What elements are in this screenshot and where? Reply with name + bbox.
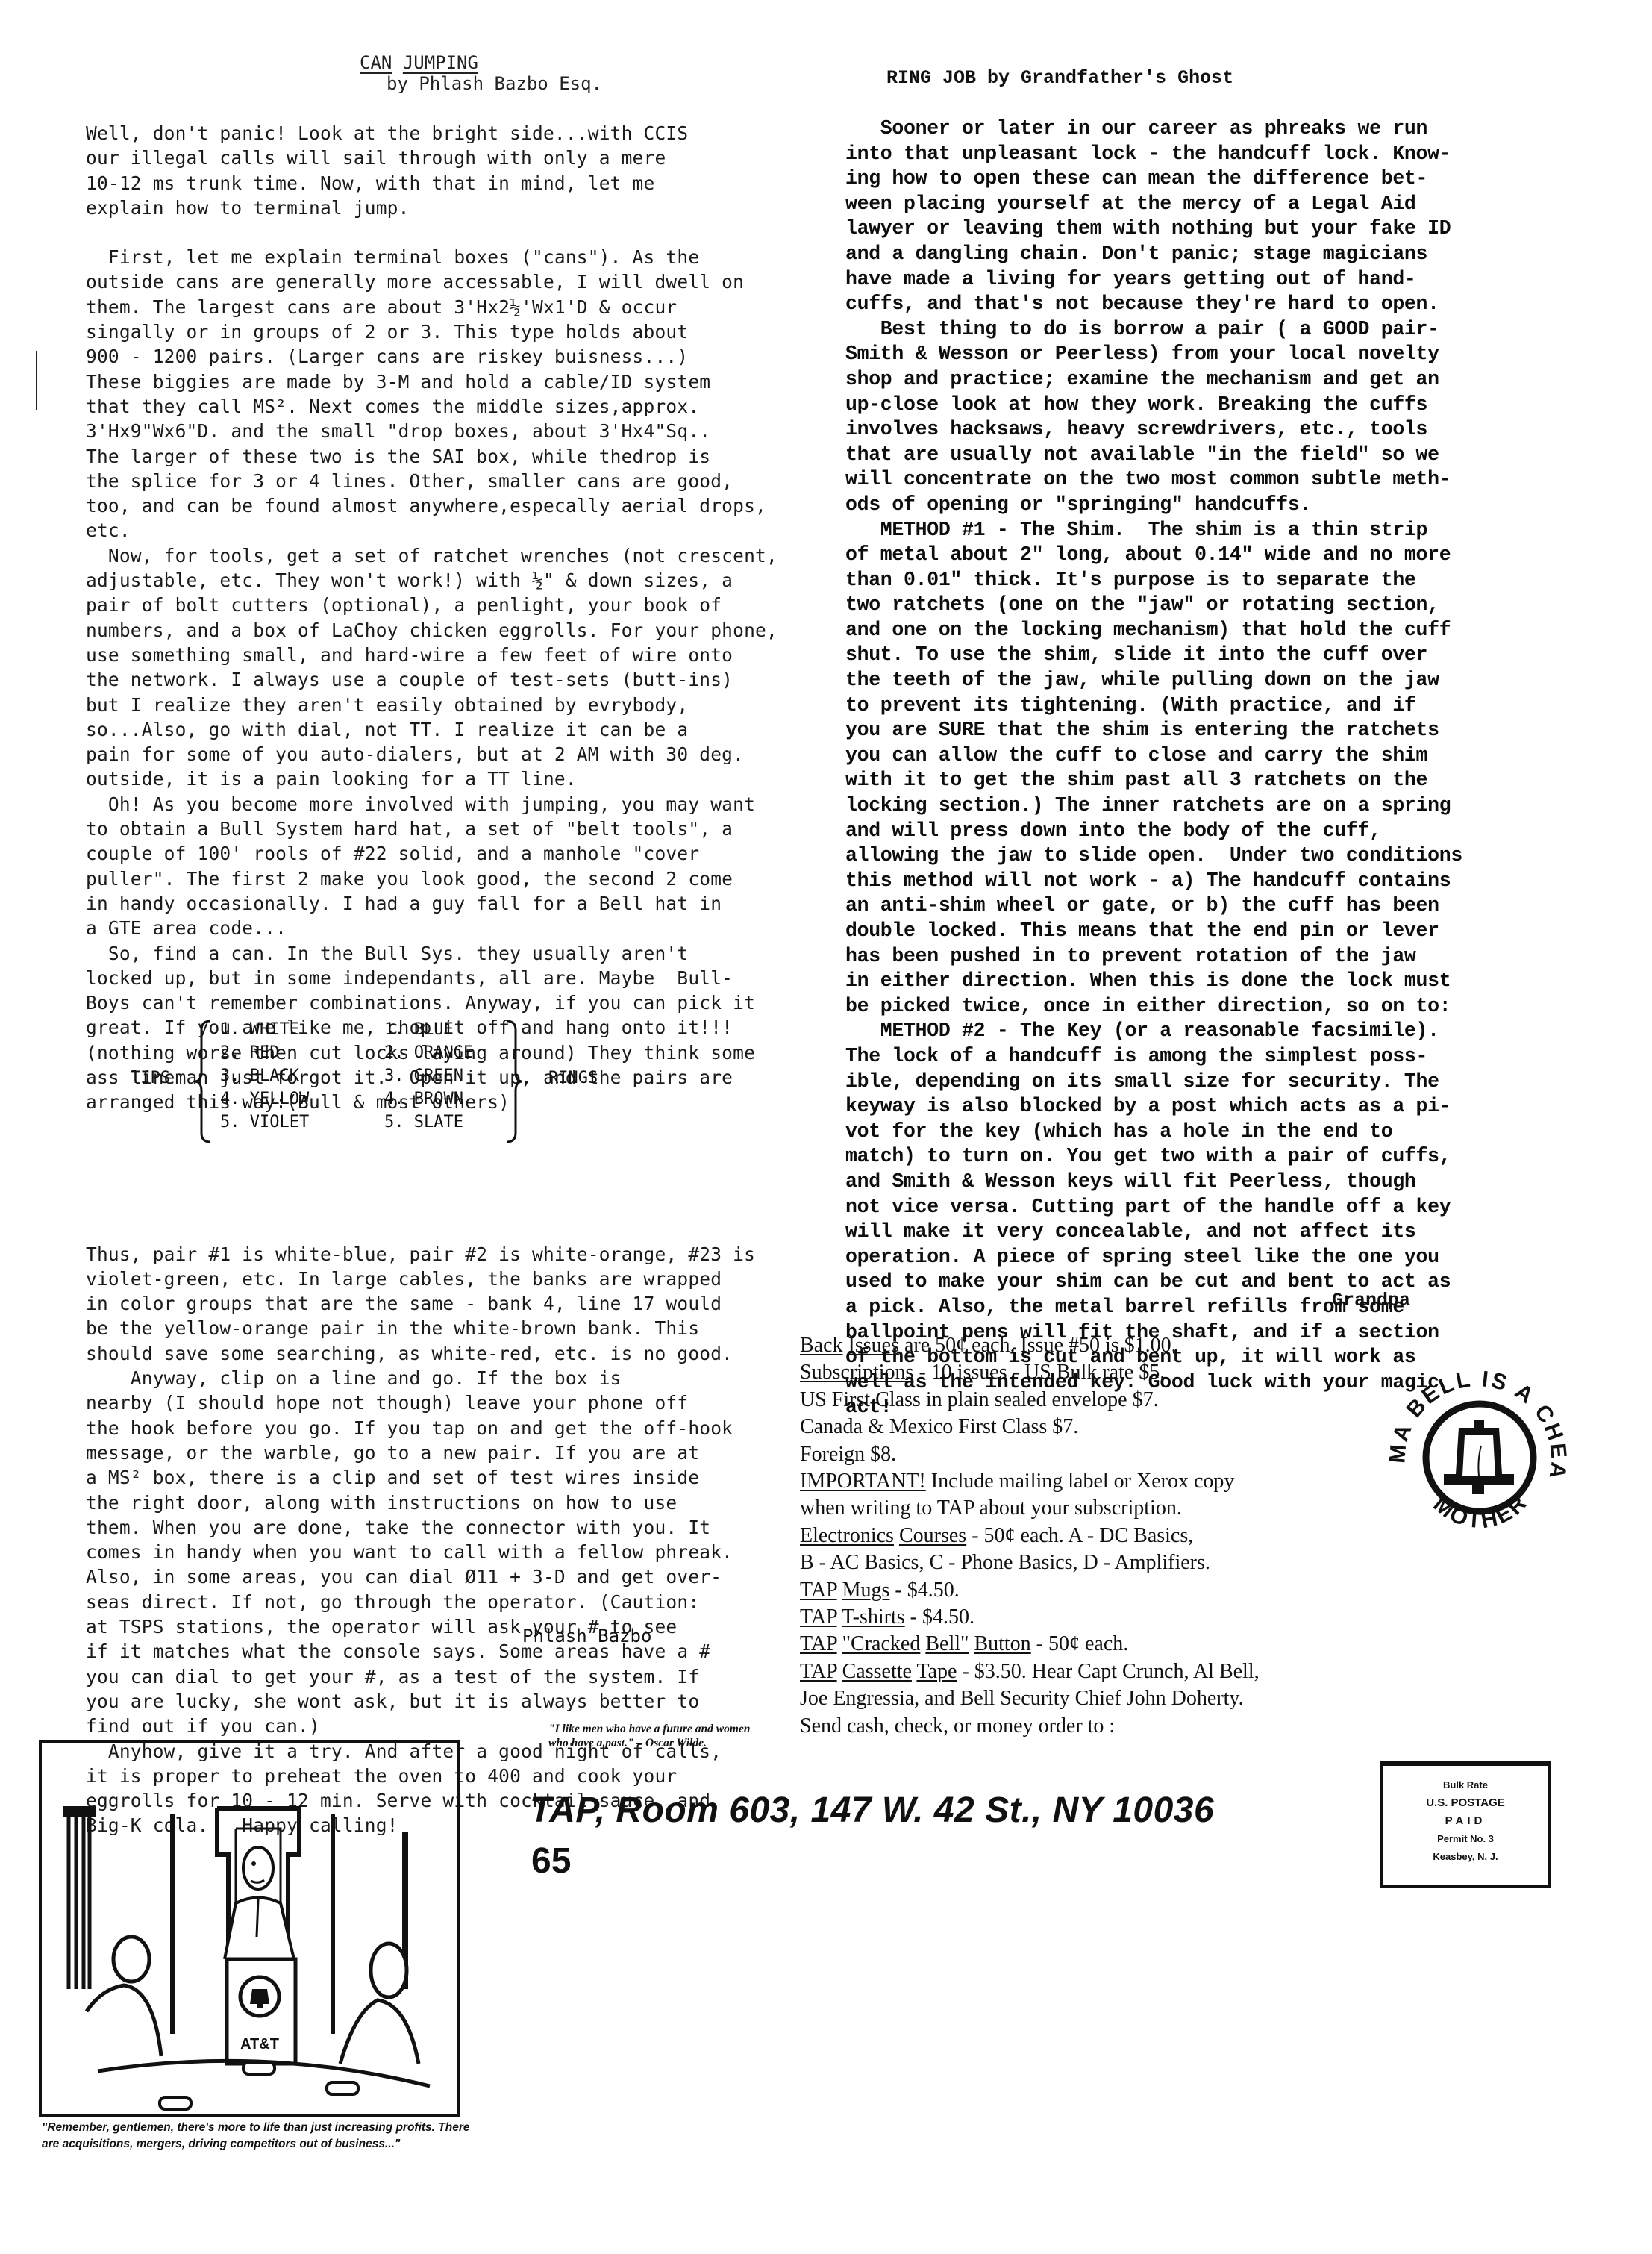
rings-item: 1. BLUE bbox=[384, 1018, 473, 1041]
text-line: adjustable, etc. They won't work!) with … bbox=[86, 568, 802, 593]
rings-item: 3. GREEN bbox=[384, 1064, 473, 1087]
subscription-row: Send cash, check, or money order to : bbox=[800, 1713, 1382, 1740]
subscription-row: Back Issues are 50¢ each. Issue #50 is $… bbox=[800, 1332, 1382, 1359]
text-line: a MS² box, there is a clip and set of te… bbox=[86, 1465, 802, 1490]
oscar-wilde-quote: "I like men who have a future and women … bbox=[548, 1723, 765, 1750]
tips-item: 5. VIOLET bbox=[220, 1111, 309, 1134]
text-line: the right door, along with instructions … bbox=[86, 1490, 802, 1515]
text-line: cuffs, and that's not because they're ha… bbox=[845, 292, 1606, 317]
text-line: ods of opening or "springing" handcuffs. bbox=[845, 493, 1606, 518]
postage-indicia: Bulk Rate U.S. POSTAGE PAID Permit No. 3… bbox=[1380, 1761, 1551, 1888]
text-line: of metal about 2" long, about 0.14" wide… bbox=[845, 543, 1606, 568]
subscription-row: when writing to TAP about your subscript… bbox=[800, 1495, 1382, 1522]
title-word: CAN bbox=[360, 52, 392, 73]
rings-item: 5. SLATE bbox=[384, 1111, 473, 1134]
tips-list: 1. WHITE2. RED3. BLACK4. YELLOW5. VIOLET bbox=[220, 1018, 309, 1134]
text-line: in handy occasionally. I had a guy fall … bbox=[86, 891, 802, 916]
text-line: double locked. This means that the end p… bbox=[845, 919, 1606, 944]
underlined-term: IMPORTANT! bbox=[800, 1470, 926, 1493]
text-line: be the yellow-orange pair in the white-b… bbox=[86, 1316, 802, 1340]
text-line: puller". The first 2 make you look good,… bbox=[86, 867, 802, 891]
text-line: should save some searching, as white-red… bbox=[86, 1341, 802, 1366]
text-line: Anyway, clip on a line and go. If the bo… bbox=[86, 1366, 802, 1390]
text-line: The larger of these two is the SAI box, … bbox=[86, 444, 802, 469]
text-line: shop and practice; examine the mechanism… bbox=[845, 367, 1606, 393]
text-line: METHOD #2 - The Key (or a reasonable fac… bbox=[845, 1019, 1606, 1044]
text-line: seas direct. If not, go through the oper… bbox=[86, 1590, 802, 1614]
text-line: Best thing to do is borrow a pair ( a GO… bbox=[845, 317, 1606, 343]
text-line: pain for some of you auto-dialers, but a… bbox=[86, 742, 802, 767]
text-line: outside cans are generally more accessab… bbox=[86, 269, 802, 294]
text-line: Also, in some areas, you can dial Ø11 + … bbox=[86, 1564, 802, 1589]
right-article-title: RING JOB by Grandfather's Ghost bbox=[886, 67, 1233, 89]
text-line: be picked twice, once in either directio… bbox=[845, 994, 1606, 1020]
rings-item: 4. BROWN bbox=[384, 1087, 473, 1111]
subscription-row: TAP T-shirts - $4.50. bbox=[800, 1604, 1382, 1631]
text-line: that are usually not available "in the f… bbox=[845, 443, 1606, 468]
pair-color-table: TIPS 1. WHITE2. RED3. BLACK4. YELLOW5. V… bbox=[131, 1018, 668, 1145]
text-line: up-close look at how they work. Breaking… bbox=[845, 393, 1606, 418]
subscription-row: Electronics Courses - 50¢ each. A - DC B… bbox=[800, 1523, 1382, 1549]
text-line: match) to turn on. You get two with a pa… bbox=[845, 1144, 1606, 1170]
subscription-row: B - AC Basics, C - Phone Basics, D - Amp… bbox=[800, 1549, 1382, 1576]
text-line: with it to get the shim past all 3 ratch… bbox=[845, 768, 1606, 793]
text-line: and a dangling chain. Don't panic; stage… bbox=[845, 242, 1606, 267]
subscription-text: B - AC Basics, C - Phone Basics, D - Amp… bbox=[800, 1551, 1210, 1574]
subscription-text: - 10 issues - US Bulk rate $5. bbox=[913, 1361, 1165, 1384]
underlined-term: Courses bbox=[899, 1524, 966, 1547]
text-line: you are SURE that the shim is entering t… bbox=[845, 718, 1606, 743]
text-line: locking section.) The inner ratchets are… bbox=[845, 793, 1606, 819]
text-line: so...Also, go with dial, not TT. I reali… bbox=[86, 717, 802, 742]
mailing-address: TAP, Room 603, 147 W. 42 St., NY 10036 bbox=[530, 1790, 1214, 1831]
text-line: lawyer or leaving them with nothing but … bbox=[845, 216, 1606, 242]
tips-item: 1. WHITE bbox=[220, 1018, 309, 1041]
underlined-term: T-shirts bbox=[842, 1605, 905, 1629]
subscription-row: Joe Engressia, and Bell Security Chief J… bbox=[800, 1685, 1382, 1712]
text-line: 900 - 1200 pairs. (Larger cans are riske… bbox=[86, 344, 802, 369]
text-line: into that unpleasant lock - the handcuff… bbox=[845, 142, 1606, 167]
text-line: the teeth of the jaw, while pulling down… bbox=[845, 668, 1606, 693]
text-line: Well, don't panic! Look at the bright si… bbox=[86, 121, 802, 146]
text-line: singally or in groups of 2 or 3. This ty… bbox=[86, 319, 802, 344]
text-line: Smith & Wesson or Peerless) from your lo… bbox=[845, 342, 1606, 367]
text-line: Oh! As you become more involved with jum… bbox=[86, 792, 802, 817]
bell-icon bbox=[1444, 1420, 1514, 1494]
left-brace-icon bbox=[194, 1018, 213, 1145]
subscription-text: Send cash, check, or money order to : bbox=[800, 1714, 1115, 1738]
issue-number: 65 bbox=[531, 1841, 571, 1882]
text-line: allowing the jaw to slide open. Under tw… bbox=[845, 843, 1606, 869]
text-line: ing how to open these can mean the diffe… bbox=[845, 166, 1606, 192]
underlined-term: Electronics bbox=[800, 1524, 894, 1547]
text-line: and one on the locking mechanism) that h… bbox=[845, 618, 1606, 643]
text-line: ible, depending on its small size for se… bbox=[845, 1070, 1606, 1095]
text-line: violet-green, etc. In large cables, the … bbox=[86, 1267, 802, 1291]
tips-item: 2. RED bbox=[220, 1041, 309, 1064]
underlined-term: Issues bbox=[848, 1334, 899, 1357]
text-line: them. The largest cans are about 3'Hx2½'… bbox=[86, 295, 802, 319]
text-line: keyway is also blocked by a post which a… bbox=[845, 1094, 1606, 1120]
title-word: JUMPING bbox=[403, 52, 478, 73]
text-line: not vice versa. Cutting part of the hand… bbox=[845, 1195, 1606, 1220]
text-line: 3'Hx9"Wx6"D. and the small "drop boxes, … bbox=[86, 419, 802, 443]
text-line: in color groups that are the same - bank… bbox=[86, 1291, 802, 1316]
text-line: explain how to terminal jump. bbox=[86, 196, 802, 220]
text-line: will make it very concealable, and not a… bbox=[845, 1220, 1606, 1245]
text-line: a pick. Also, the metal barrel refills f… bbox=[845, 1295, 1606, 1320]
left-paragraph-main: First, let me explain terminal boxes ("c… bbox=[86, 245, 802, 1114]
text-line: this method will not work - a) The handc… bbox=[845, 869, 1606, 894]
podium-label: AT&T bbox=[240, 2036, 279, 2052]
underlined-term: Mugs bbox=[842, 1579, 890, 1602]
right-brace-icon bbox=[504, 1018, 523, 1145]
text-line: to prevent its tightening. (With practic… bbox=[845, 693, 1606, 719]
text-line: the hook before you go. If you tap on an… bbox=[86, 1416, 802, 1440]
subscription-row: TAP "Cracked Bell" Button - 50¢ each. bbox=[800, 1631, 1382, 1658]
subscription-text: Foreign $8. bbox=[800, 1443, 896, 1466]
text-line: you are lucky, she wont ask, but it is a… bbox=[86, 1689, 802, 1714]
underlined-term: Tape bbox=[916, 1660, 957, 1683]
att-cartoon: AT&T bbox=[39, 1740, 460, 2117]
underlined-term: Bell" bbox=[925, 1632, 969, 1655]
ma-bell-logo: MA BELL IS A CHEAP MOTHER bbox=[1384, 1362, 1571, 1549]
postage-line: U.S. POSTAGE bbox=[1383, 1797, 1548, 1809]
text-line: to obtain a Bull System hard hat, a set … bbox=[86, 817, 802, 841]
subscription-text: Joe Engressia, and Bell Security Chief J… bbox=[800, 1687, 1244, 1710]
text-line: that they call MS². Next comes the middl… bbox=[86, 394, 802, 419]
subscription-row: Foreign $8. bbox=[800, 1441, 1382, 1468]
subscription-text: Include mailing label or Xerox copy bbox=[926, 1470, 1235, 1493]
text-line: use something small, and hard-wire a few… bbox=[86, 643, 802, 667]
text-line: METHOD #1 - The Shim. The shim is a thin… bbox=[845, 518, 1606, 543]
underlined-term: Button bbox=[974, 1632, 1030, 1655]
text-line: a GTE area code... bbox=[86, 916, 802, 940]
postage-line: Permit No. 3 bbox=[1383, 1833, 1548, 1845]
text-line: you can dial to get your #, as a test of… bbox=[86, 1664, 802, 1689]
text-line: 10-12 ms trunk time. Now, with that in m… bbox=[86, 171, 802, 196]
text-line: comes in handy when you want to call wit… bbox=[86, 1540, 802, 1564]
subscription-text: when writing to TAP about your subscript… bbox=[800, 1496, 1182, 1520]
underlined-term: Cassette bbox=[842, 1660, 912, 1683]
subscription-row: IMPORTANT! Include mailing label or Xero… bbox=[800, 1468, 1382, 1495]
left-paragraph-intro: Well, don't panic! Look at the bright si… bbox=[86, 121, 802, 220]
text-line: and will press down into the body of the… bbox=[845, 819, 1606, 844]
left-article-body: Well, don't panic! Look at the bright si… bbox=[86, 121, 802, 1838]
text-line: have made a living for years getting out… bbox=[845, 267, 1606, 293]
text-line: will concentrate on the two most common … bbox=[845, 467, 1606, 493]
cartoon-caption: "Remember, gentlemen, there's more to li… bbox=[42, 2120, 475, 2152]
tips-item: 4. YELLOW bbox=[220, 1087, 309, 1111]
text-line: two ratchets (one on the "jaw" or rotati… bbox=[845, 593, 1606, 618]
text-line: The lock of a handcuff is among the simp… bbox=[845, 1044, 1606, 1070]
underlined-term: Subscriptions bbox=[800, 1361, 913, 1384]
subscription-info: Back Issues are 50¢ each. Issue #50 is $… bbox=[800, 1332, 1382, 1740]
text-line: etc. bbox=[86, 518, 802, 543]
text-line: the network. I always use a couple of te… bbox=[86, 667, 802, 692]
subscription-row: US First Class in plain sealed envelope … bbox=[800, 1387, 1382, 1414]
subscription-text: - 50¢ each. bbox=[1031, 1632, 1129, 1655]
subscription-text: - 50¢ each. A - DC Basics, bbox=[966, 1524, 1193, 1547]
underlined-term: Back bbox=[800, 1334, 843, 1357]
text-line: than 0.01" thick. It's purpose is to sep… bbox=[845, 568, 1606, 593]
subscription-text: Canada & Mexico First Class $7. bbox=[800, 1415, 1078, 1438]
text-line: pair of bolt cutters (optional), a penli… bbox=[86, 593, 802, 617]
text-line: outside, it is a pain looking for a TT l… bbox=[86, 767, 802, 791]
text-line: message, or the warble, go to a new pair… bbox=[86, 1440, 802, 1465]
left-article-title: CAN JUMPING bbox=[360, 52, 478, 73]
text-line: Sooner or later in our career as phreaks… bbox=[845, 116, 1606, 142]
text-line: shut. To use the shim, slide it into the… bbox=[845, 643, 1606, 668]
postage-line: PAID bbox=[1383, 1815, 1548, 1827]
subscription-text: - $4.50. bbox=[889, 1579, 959, 1602]
cartoon-drawing: AT&T bbox=[42, 1743, 457, 2114]
text-line: Boys can't remember combinations. Anyway… bbox=[86, 990, 802, 1015]
rings-item: 2. ORANGE bbox=[384, 1041, 473, 1064]
left-article-byline: by Phlash Bazbo Esq. bbox=[387, 73, 602, 94]
text-line: numbers, and a box of LaChoy chicken egg… bbox=[86, 618, 802, 643]
text-line: in either direction. When this is done t… bbox=[845, 969, 1606, 994]
text-line: the splice for 3 or 4 lines. Other, smal… bbox=[86, 469, 802, 493]
text-line: if it matches what the console says. Som… bbox=[86, 1639, 802, 1664]
tips-label: TIPS bbox=[131, 1069, 170, 1087]
subscription-text: - $4.50. bbox=[905, 1605, 974, 1629]
postage-line: Keasbey, N. J. bbox=[1383, 1851, 1548, 1863]
rings-list: 1. BLUE2. ORANGE3. GREEN4. BROWN5. SLATE bbox=[384, 1018, 473, 1134]
text-line: used to make your shim can be cut and be… bbox=[845, 1270, 1606, 1295]
subscription-text: - $3.50. Hear Capt Crunch, Al Bell, bbox=[957, 1660, 1259, 1683]
text-line: at TSPS stations, the operator will ask … bbox=[86, 1614, 802, 1639]
underlined-term: TAP bbox=[800, 1660, 837, 1683]
text-line: First, let me explain terminal boxes ("c… bbox=[86, 245, 802, 269]
subscription-row: Canada & Mexico First Class $7. bbox=[800, 1414, 1382, 1440]
text-line: nearby (I should hope not though) leave … bbox=[86, 1390, 802, 1415]
text-line: involves hacksaws, heavy screwdrivers, e… bbox=[845, 417, 1606, 443]
underlined-term: TAP bbox=[800, 1632, 837, 1655]
right-article-body: Sooner or later in our career as phreaks… bbox=[845, 116, 1606, 1420]
text-line: too, and can be found almost anywhere,es… bbox=[86, 493, 802, 518]
tips-item: 3. BLACK bbox=[220, 1064, 309, 1087]
underlined-term: TAP bbox=[800, 1605, 837, 1629]
text-line: These biggies are made by 3-M and hold a… bbox=[86, 369, 802, 394]
text-line: and Smith & Wesson keys will fit Peerles… bbox=[845, 1170, 1606, 1195]
underlined-term: TAP bbox=[800, 1579, 837, 1602]
text-line: operation. A piece of spring steel like … bbox=[845, 1245, 1606, 1270]
underlined-term: "Cracked bbox=[842, 1632, 921, 1655]
text-line: you can allow the cuff to close and carr… bbox=[845, 743, 1606, 769]
text-line: vot for the key (which has a hole in the… bbox=[845, 1120, 1606, 1145]
subscription-row: Subscriptions - 10 issues - US Bulk rate… bbox=[800, 1359, 1382, 1386]
left-article-signature: Phlash Bazbo bbox=[522, 1626, 651, 1646]
text-line: locked up, but in some independants, all… bbox=[86, 966, 802, 990]
postage-line: Bulk Rate bbox=[1383, 1779, 1548, 1791]
text-line: Thus, pair #1 is white-blue, pair #2 is … bbox=[86, 1242, 802, 1267]
right-article-signature: Grandpa bbox=[1332, 1290, 1410, 1311]
text-line: an anti-shim wheel or gate, or b) the cu… bbox=[845, 893, 1606, 919]
subscription-row: TAP Cassette Tape - $3.50. Hear Capt Cru… bbox=[800, 1658, 1382, 1685]
text-line: ween placing yourself at the mercy of a … bbox=[845, 192, 1606, 217]
rings-label: RINGS bbox=[548, 1069, 598, 1087]
text-line: them. When you are done, take the connec… bbox=[86, 1515, 802, 1540]
subscription-text: are 50¢ each. Issue #50 is $1.00. bbox=[899, 1334, 1177, 1357]
text-line: has been pushed in to prevent rotation o… bbox=[845, 944, 1606, 970]
text-line: our illegal calls will sail through with… bbox=[86, 146, 802, 170]
margin-mark bbox=[36, 351, 37, 410]
text-line: Now, for tools, get a set of ratchet wre… bbox=[86, 543, 802, 568]
text-line: So, find a can. In the Bull Sys. they us… bbox=[86, 941, 802, 966]
text-line: but I realize they aren't easily obtaine… bbox=[86, 693, 802, 717]
text-line: couple of 100' rools of #22 solid, and a… bbox=[86, 841, 802, 866]
subscription-row: TAP Mugs - $4.50. bbox=[800, 1577, 1382, 1604]
subscription-text: US First Class in plain sealed envelope … bbox=[800, 1388, 1159, 1411]
